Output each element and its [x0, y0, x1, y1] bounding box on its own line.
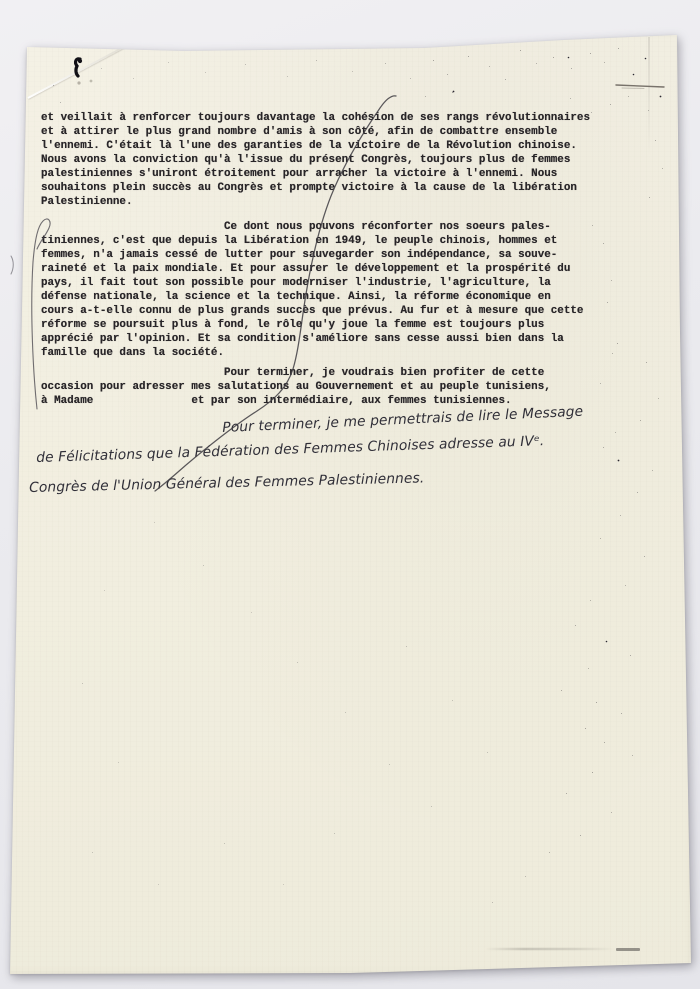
handwritten-line-3: Congrès de l'Union Général des Femmes Pa…	[29, 470, 424, 496]
typed-line: palestiniennes s'uniront étroitement pou…	[41, 167, 590, 181]
typed-line: Pour terminer, je voudrais bien profiter…	[41, 366, 551, 380]
typed-line: réforme se poursuit plus à fond, le rôle…	[41, 318, 583, 332]
handwritten-line-2: de Félicitations que la Fédération des F…	[36, 433, 545, 466]
typed-line: apprécié par l'opinion. Et sa condition …	[41, 332, 583, 346]
typed-line: défense nationale, la science et la tech…	[41, 290, 583, 304]
pencil-mark	[616, 85, 664, 87]
stamp-mark	[76, 59, 80, 76]
smudge-stain-dark	[616, 948, 640, 951]
stamp-mark-head	[78, 59, 82, 63]
typed-line: souhaitons plein succès au Congrès et pr…	[41, 181, 590, 195]
typed-line: à Madame et par son intermédiaire, aux f…	[41, 394, 551, 408]
typed-line: raineté et la paix mondiale. Et pour ass…	[41, 262, 583, 276]
typed-line: Ce dont nous pouvons réconforter nos soe…	[41, 220, 583, 234]
typed-line: Nous avons la conviction qu'à l'issue du…	[41, 153, 590, 167]
typed-line: occasion pour adresser mes salutations a…	[41, 380, 551, 394]
typed-paragraph-1: et veillait à renforcer toujours davanta…	[41, 111, 590, 209]
typed-paragraph-2: Ce dont nous pouvons réconforter nos soe…	[41, 220, 583, 360]
typed-line: et à attirer le plus grand nombre d'amis…	[41, 125, 590, 139]
typed-line: tiniennes, c'est que depuis la Libératio…	[41, 234, 583, 248]
page-content: et veillait à renforcer toujours davanta…	[0, 0, 700, 989]
pencil-mark-faint	[622, 88, 644, 89]
typed-line: cours a-t-elle connu de plus grands succ…	[41, 304, 583, 318]
edge-tick-mark	[11, 256, 13, 274]
typed-line: et veillait à renforcer toujours davanta…	[41, 111, 590, 125]
typed-line: femmes, n'a jamais cessé de lutter pour …	[41, 248, 583, 262]
dark-dust-specks	[0, 0, 1, 1]
typed-line: Palestinienne.	[41, 195, 590, 209]
scanned-letter-page: et veillait à renforcer toujours davanta…	[0, 0, 700, 989]
typed-line: famille que dans la société.	[41, 346, 583, 360]
typed-line: pays, il fait tout son possible pour mod…	[41, 276, 583, 290]
typed-paragraph-3: Pour terminer, je voudrais bien profiter…	[41, 366, 551, 408]
typed-line: l'ennemi. C'était là l'une des garanties…	[41, 139, 590, 153]
smudge-stain	[485, 948, 615, 950]
handwritten-line-1: Pour terminer, je me permettrais de lire…	[222, 404, 584, 436]
